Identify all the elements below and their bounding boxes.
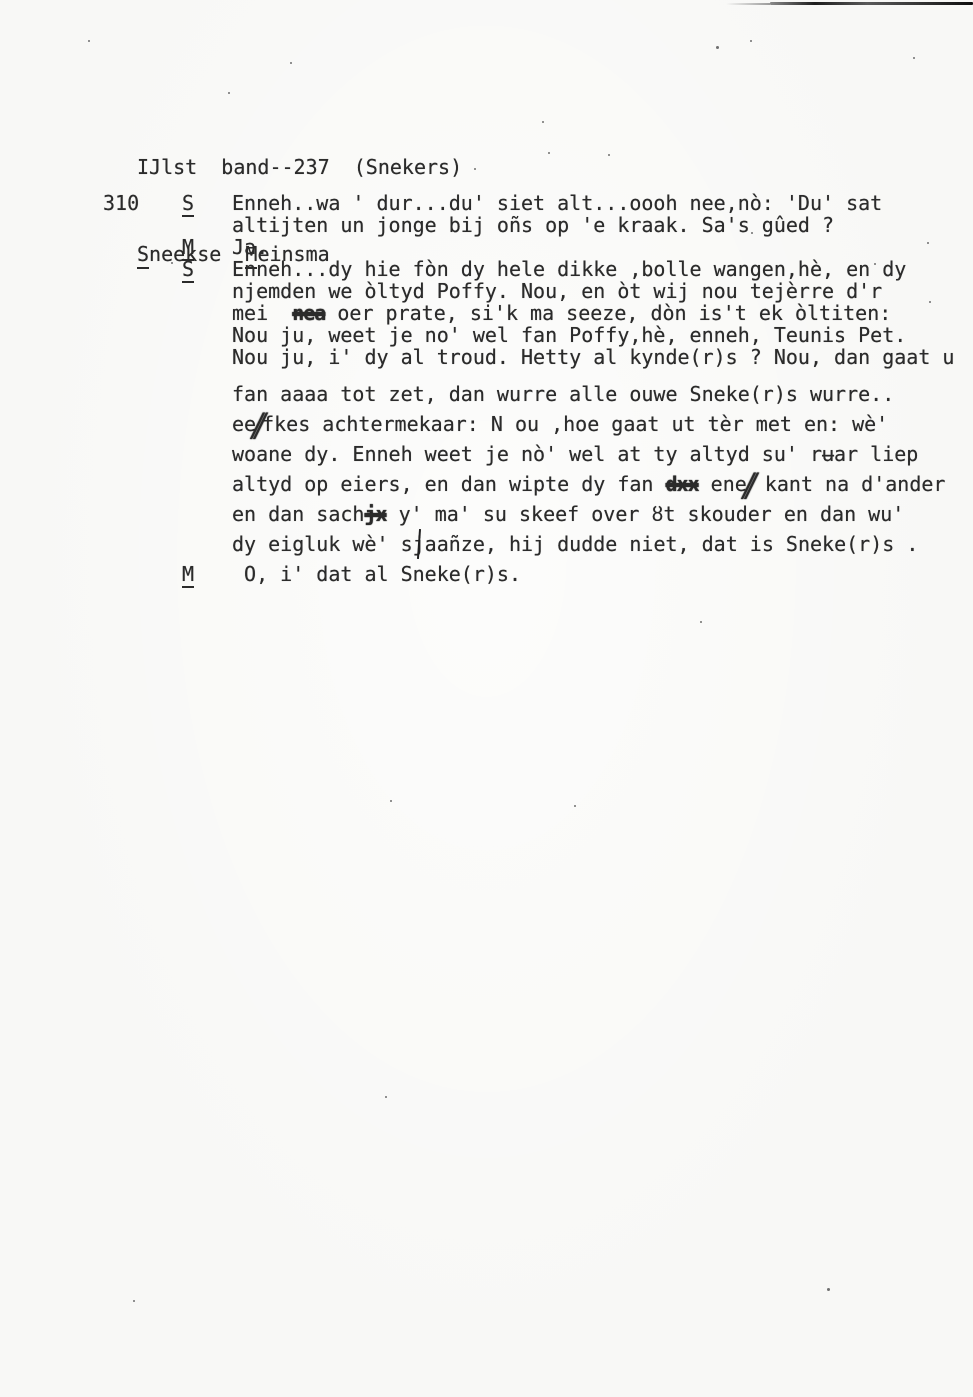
transcript-line: en dan sachjx y' ma' su skeef over ȣt sk… [0,503,973,525]
transcript-line: 310SEnneh..wa ' dur...du' siet alt...ooo… [0,192,973,214]
speck [542,121,544,123]
text-fragment: ene [699,472,747,496]
text-fragment: njemden we òltyd Poffy. Nou, en òt wij n… [232,279,882,303]
transcript-line: Nou ju, i' dy al troud. Hetty al kynde(r… [0,346,973,368]
struck-out-text: jx [364,502,386,526]
scan-artifact-line [770,2,973,5]
transcript-text: Nou ju, i' dy al troud. Hetty al kynde(r… [0,346,973,368]
speck [290,62,292,64]
transcript-line: njemden we òltyd Poffy. Nou, en òt wij n… [0,280,973,302]
transcript-text: altyd op eiers, en dan wipte dy fan dxx … [0,473,973,495]
transcript-line: altijten un jonge bij oñs op 'e kraak. S… [0,214,973,236]
transcript-line: SEnneh...dy hie fòn dy hele dikke ,bolle… [0,258,973,280]
transcript: 310SEnneh..wa ' dur...du' siet alt...ooo… [0,192,973,585]
transcript-text: O, i' dat al Sneke(r)s. [0,563,973,585]
text-fragment: dy eigluk wè' s [232,532,413,556]
scan-artifact-line-lead [726,3,770,5]
transcript-text: altijten un jonge bij oñs op 'e kraak. S… [0,214,973,236]
speck [171,262,173,264]
speck [133,1300,135,1302]
text-fragment: en dan sach [232,502,364,526]
transcript-text: njemden we òltyd Poffy. Nou, en òt wij n… [0,280,973,302]
text-fragment: altijten un jonge bij oñs op 'e kraak. S… [232,213,834,237]
transcript-line: dy eigluk wè' sjaañze, hij dudde niet, d… [0,533,973,555]
text-fragment: y' ma' su skeef over ȣt skouder en dan w… [387,502,905,526]
speck [929,301,931,303]
text-fragment: woane dy. Enneh weet je nò' wel at ty al… [232,442,918,466]
fragment-number: 310 [103,192,139,214]
transcript-text: en dan sachjx y' ma' su skeef over ȣt sk… [0,503,973,525]
transcript-text: woane dy. Enneh weet je nò' wel at ty al… [0,443,973,465]
text-fragment: fkes achtermekaar: N ou ,hoe gaat ut tèr… [262,412,888,436]
text-fragment: fan aaaa tot zet, dan wurre alle ouwe Sn… [232,382,894,406]
transcript-line: woane dy. Enneh weet je nò' wel at ty al… [0,443,973,465]
document-title: IJlst band--237 (Snekers) [137,156,462,178]
scanned-page: IJlst band--237 (Snekers) Sneekse Meinsm… [0,0,973,1397]
transcript-line: M O, i' dat al Sneke(r)s. [0,563,973,585]
speck [390,800,392,802]
speck [913,57,915,59]
speck [750,40,752,42]
speaker-label: M [182,563,194,588]
text-fragment: Enneh...dy hie fòn dy hele dikke ,bolle … [232,257,906,281]
text-fragment: Enneh..wa ' dur...du' siet alt...oooh ne… [232,191,882,215]
transcript-text: mei nea oer prate, si'k ma seeze, dòn is… [0,302,973,324]
text-fragment: aañze, hij dudde niet, dat is Sneke(r)s … [425,532,919,556]
text-fragment: Ja. [232,235,268,259]
speck [548,152,550,154]
speck [716,46,719,49]
transcript-line: mei nea oer prate, si'k ma seeze, dòn is… [0,302,973,324]
text-fragment: Nou ju, i' dy al troud. Hetty al kynde(r… [232,345,954,369]
speck [88,40,90,42]
transcript-line: ee∥fkes achtermekaar: N ou ,hoe gaat ut … [0,413,973,435]
transcript-text: Enneh..wa ' dur...du' siet alt...oooh ne… [0,192,973,214]
transcript-text: Ja. [0,236,973,258]
transcript-line: MJa. [0,236,973,258]
speck [927,242,929,244]
struck-out-text: dxx [665,472,698,496]
transcript-line: Nou ju, weet je no' wel fan Poffy,hè, en… [0,324,973,346]
text-fragment: kant na d'ander [753,472,946,496]
transcript-line: fan aaaa tot zet, dan wurre alle ouwe Sn… [0,383,973,405]
text-fragment: O, i' dat al Sneke(r)s. [232,562,521,586]
speck [751,232,753,234]
speck [874,263,876,265]
speck [827,1288,830,1291]
text-fragment: mei [232,301,292,325]
speck [700,621,702,623]
text-fragment: j [413,533,425,555]
transcript-text: Enneh...dy hie fòn dy hele dikke ,bolle … [0,258,973,280]
text-fragment: Nou ju, weet je no' wel fan Poffy,hè, en… [232,323,906,347]
speck [474,168,476,170]
transcript-text: fan aaaa tot zet, dan wurre alle ouwe Sn… [0,383,973,405]
text-fragment: oer prate, si'k ma seeze, dòn is't ek òl… [325,301,891,325]
transcript-line: altyd op eiers, en dan wipte dy fan dxx … [0,473,973,495]
speck [574,805,576,807]
struck-out-text: nea [292,301,325,325]
speck [608,154,610,156]
transcript-text: Nou ju, weet je no' wel fan Poffy,hè, en… [0,324,973,346]
speck [385,1096,387,1098]
transcript-text: dy eigluk wè' sjaañze, hij dudde niet, d… [0,533,973,555]
speck [228,92,230,94]
text-fragment: altyd op eiers, en dan wipte dy fan [232,472,665,496]
transcript-text: ee∥fkes achtermekaar: N ou ,hoe gaat ut … [0,413,973,435]
